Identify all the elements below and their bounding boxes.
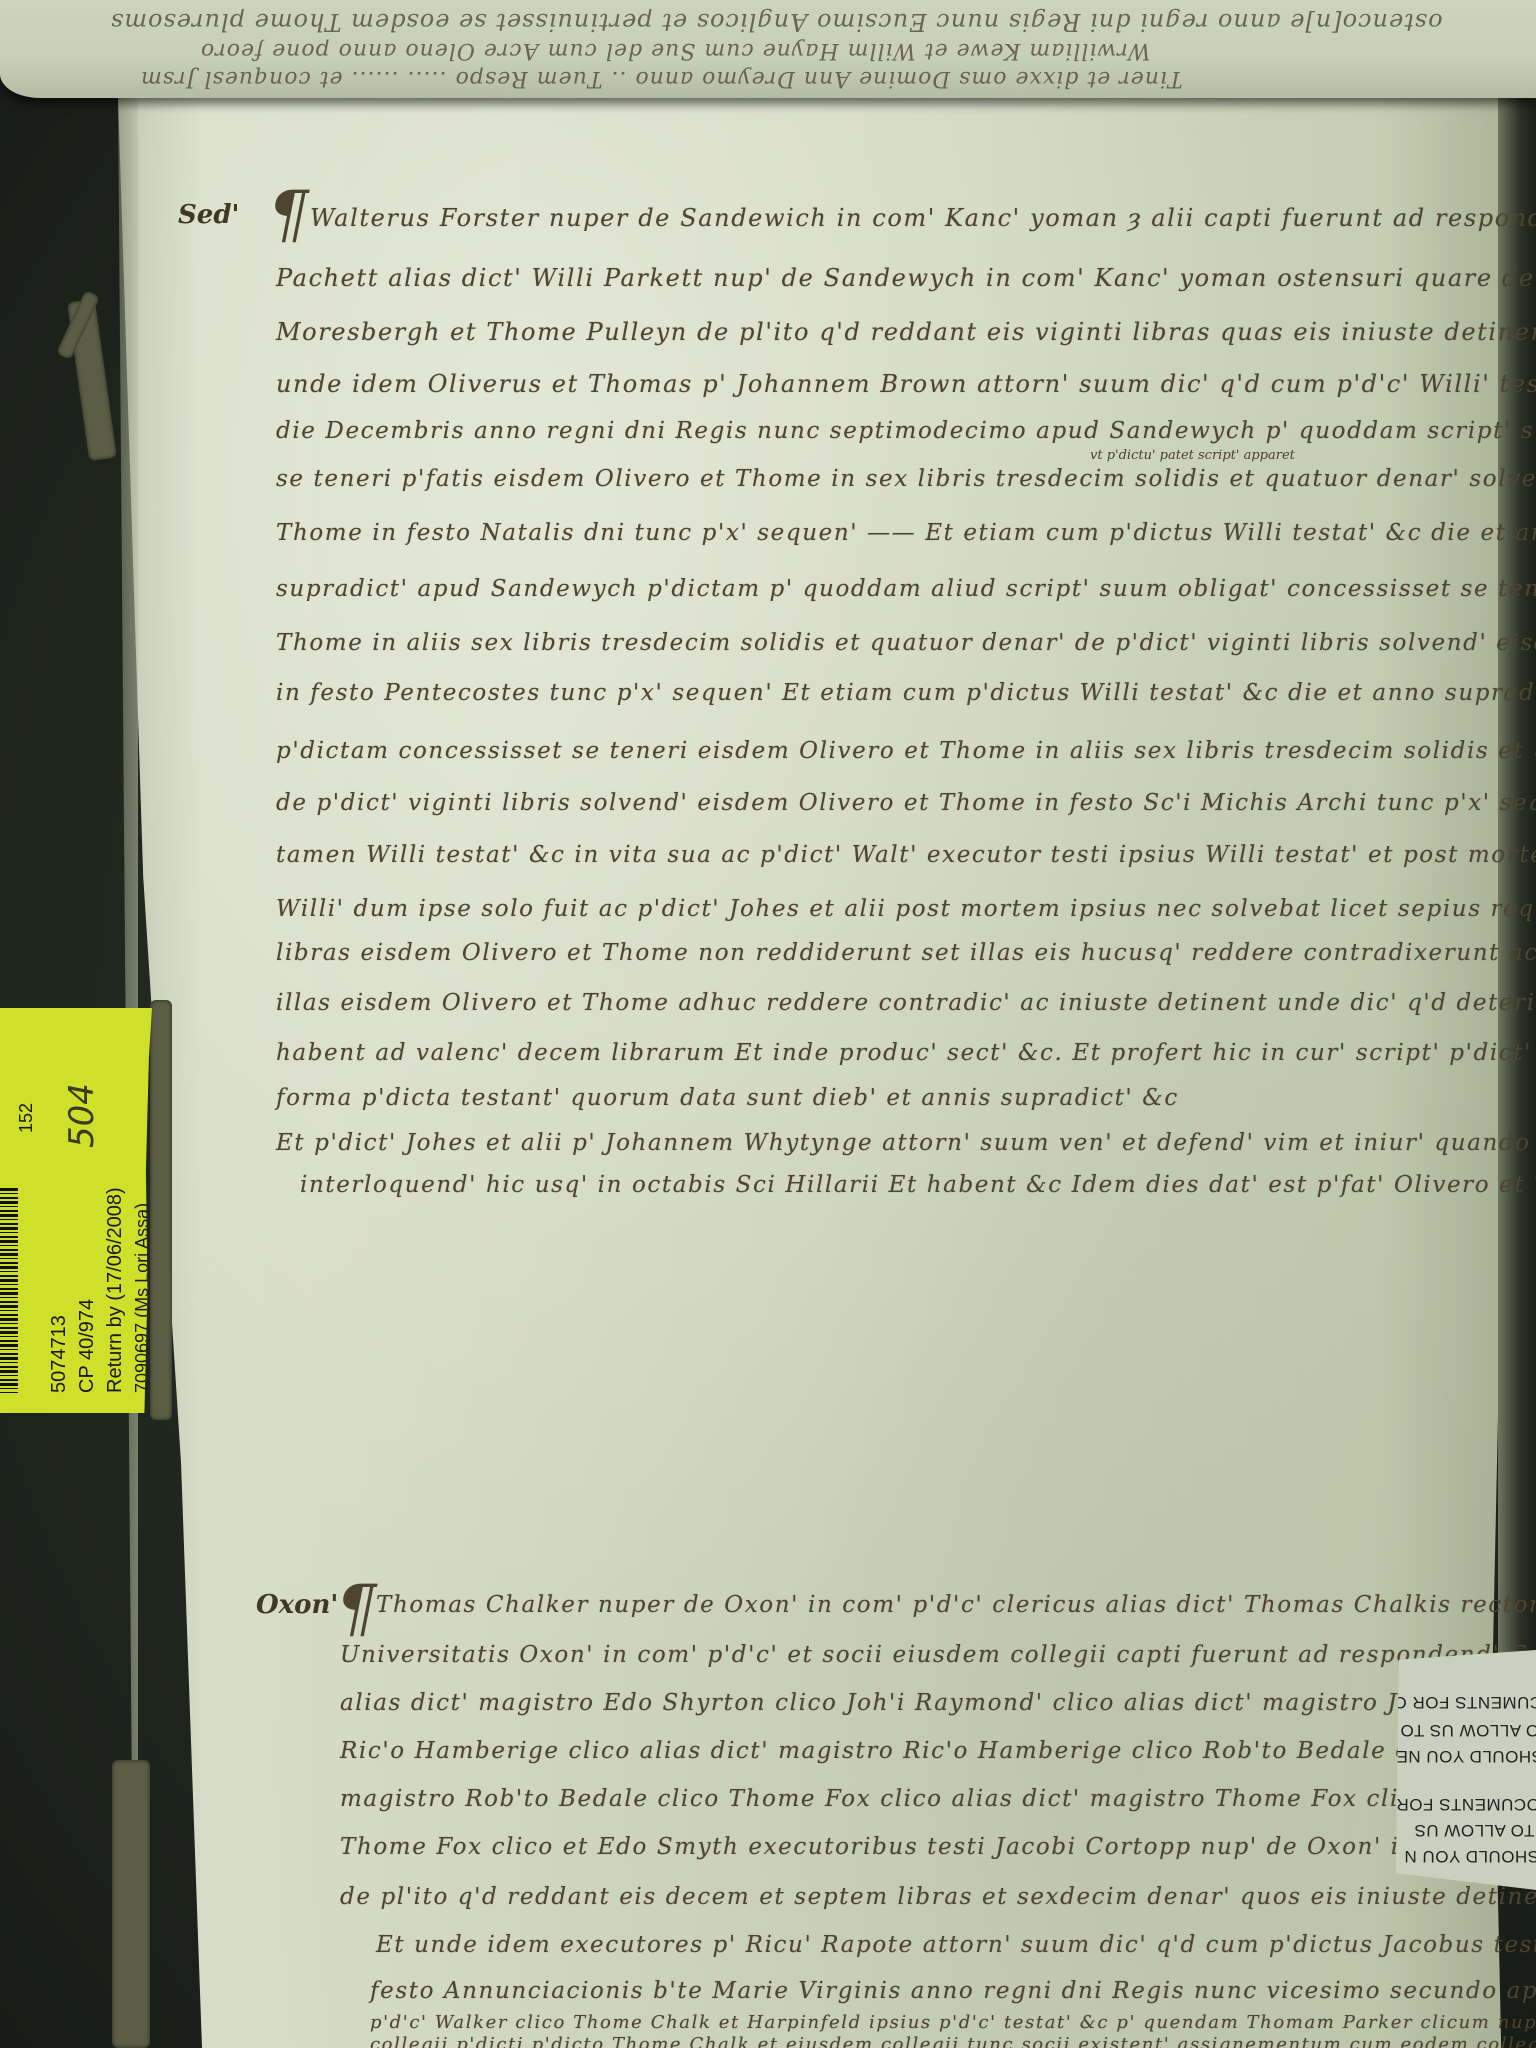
manuscript-line: supradict' apud Sandewych p'dictam p' qu… [276,576,1536,602]
sticker-text: OCUMENTS FOR C [1394,1692,1536,1712]
manuscript-line: habent ad valenc' decem librarum Et inde… [276,1040,1536,1066]
sticker-text: SHOULD YOU NE [1396,1746,1536,1766]
handwritten-note: 504 [62,1083,102,1148]
top-roll-line: ostenco[n]e anno regni dni Regis nunc Eu… [110,8,1443,36]
sticker-text: OCUMENTS FOR [1396,1794,1536,1814]
top-roll-line: Tiner et dixxe oms Domine Ann Dreymo ann… [140,66,1183,91]
manuscript-line: p'dictam concessisset se teneri eisdem O… [276,738,1536,764]
barcode [0,1188,18,1393]
manuscript-line: in festo Pentecostes tunc p'x' sequen' E… [276,680,1536,706]
page-number: 152 [16,1103,37,1133]
manuscript-line: Moresbergh et Thome Pulleyn de pl'ito q'… [276,318,1536,346]
manuscript-line: tamen Willi testat' &c in vita sua ac p'… [276,842,1536,868]
paragraph-mark: ¶ [268,178,309,252]
manuscript-line: collegii p'dicti p'dicto Thome Chalk et … [370,2034,1536,2048]
manuscript-line: se teneri p'fatis eisdem Olivero et Thom… [276,466,1536,492]
barcode-number: 5074713 [48,1315,71,1393]
return-by-date: Return by (17/06/2008) [104,1187,127,1393]
manuscript-line: Walterus Forster nuper de Sandewich in c… [310,204,1536,232]
manuscript-line: Thome Fox clico et Edo Smyth executoribu… [340,1834,1536,1860]
paragraph-mark: ¶ [336,1572,377,1646]
manuscript-line: p'd'c' Walker clico Thome Chalk et Harpi… [370,2012,1536,2033]
binding-tag [150,1000,172,1420]
manuscript-line: interloquend' hic usq' in octabis Sci Hi… [300,1172,1536,1198]
rolled-membrane-top: ostenco[n]e anno regni dni Regis nunc Eu… [0,0,1536,98]
manuscript-line: unde idem Oliverus et Thomas p' Johannem… [276,370,1536,398]
manuscript-line: festo Annunciacionis b'te Marie Virginis… [370,1978,1536,2004]
binding-tag [112,1760,150,2048]
manuscript-line: de pl'ito q'd reddant eis decem et septe… [340,1884,1536,1910]
manuscript-line: libras eisdem Olivero et Thome non reddi… [276,940,1536,966]
manuscript-line: Universitatis Oxon' in com' p'd'c' et so… [340,1642,1536,1668]
manuscript-line: Et unde idem executores p' Ricu' Rapote … [376,1932,1536,1958]
archive-requisition-label: 5074713 CP 40/974 Return by (17/06/2008)… [0,1008,152,1413]
manuscript-line: Thomas Chalker nuper de Oxon' in com' p'… [376,1592,1536,1618]
manuscript-line: Willi' dum ipse solo fuit ac p'dict' Joh… [276,896,1536,922]
manuscript-line: die Decembris anno regni dni Regis nunc … [276,418,1536,444]
manuscript-line: illas eisdem Olivero et Thome adhuc redd… [276,990,1536,1016]
margin-note-county: Sed' [178,200,239,230]
document-reference: CP 40/974 [76,1299,99,1393]
manuscript-line: de p'dict' viginti libris solvend' eisde… [276,790,1536,816]
manuscript-line: magistro Rob'to Bedale clico Thome Fox c… [340,1786,1536,1812]
top-roll-line: Wrwilliam Kewe et Willm Hayne cum Sue de… [200,38,1150,63]
manuscript-line: Et p'dict' Johes et alii p' Johannem Why… [276,1130,1536,1156]
manuscript-line: Thome in festo Natalis dni tunc p'x' seq… [276,520,1536,546]
sticker-text: TO ALLOW US TO [1400,1720,1536,1740]
handling-notice-sticker: R SHOULD YOU N TO ALLOW US OCUMENTS FOR … [1390,1650,1536,1890]
manuscript-line: forma p'dicta testant' quorum data sunt … [276,1085,1179,1111]
manuscript-line: Ric'o Hamberige clico alias dict' magist… [340,1738,1536,1764]
manuscript-line: alias dict' magistro Edo Shyrton clico J… [340,1690,1536,1716]
sticker-text: R SHOULD YOU N [1404,1846,1536,1866]
sticker-text: TO ALLOW US [1414,1820,1534,1840]
interlinear-insertion: vt p'dictu' patet script' apparet [1090,448,1295,463]
manuscript-line: Pachett alias dict' Willi Parkett nup' d… [276,264,1536,292]
margin-note-county: Oxon' [256,1590,338,1620]
manuscript-line: Thome in aliis sex libris tresdecim soli… [276,630,1536,656]
